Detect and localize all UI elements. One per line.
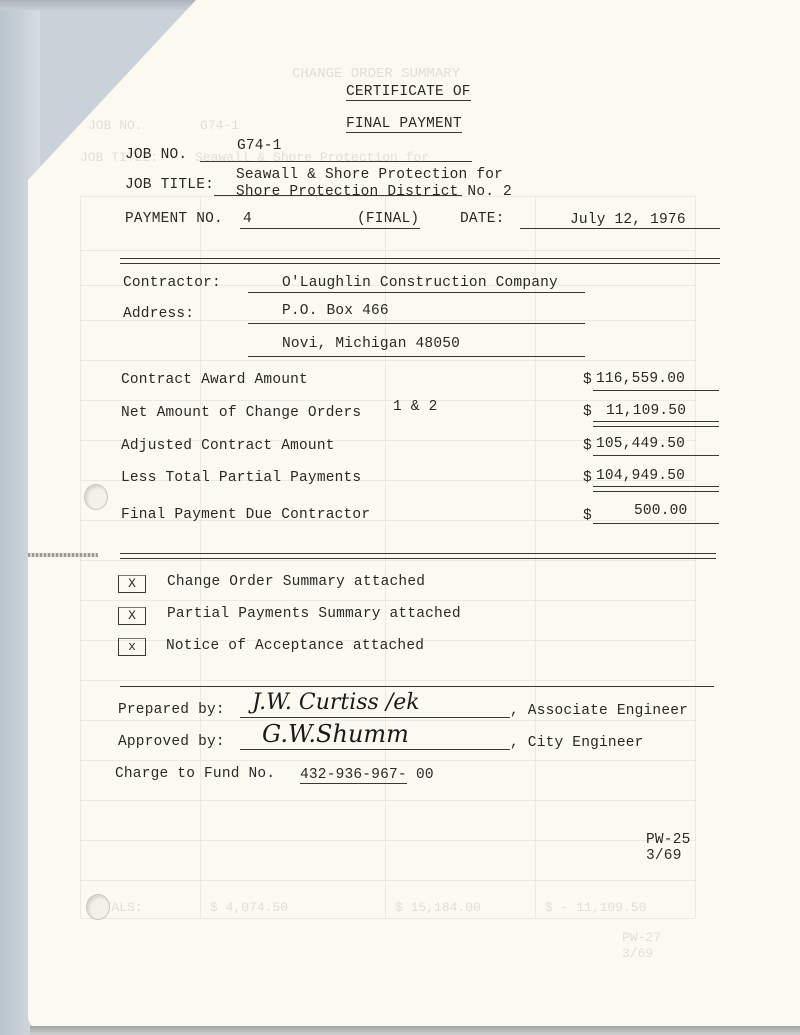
section-divider xyxy=(120,686,714,687)
attachment-checkbox[interactable]: X xyxy=(118,607,146,625)
form-date: 3/69 xyxy=(646,848,682,864)
fund-label: Charge to Fund No. xyxy=(115,766,275,782)
address-line-2: Novi, Michigan 48050 xyxy=(282,336,460,352)
attachment-checkbox[interactable]: x xyxy=(118,638,146,656)
amount-underline xyxy=(593,455,719,456)
approved-by-label: Approved by: xyxy=(118,734,225,750)
fund-value: 432-936-967- xyxy=(300,767,407,784)
amount-label: Final Payment Due Contractor xyxy=(121,507,370,523)
ghost-job-no-value: G74-1 xyxy=(200,118,239,133)
ghost-total-increase: $ 4,074.50 xyxy=(210,900,288,915)
attachment-label: Notice of Acceptance attached xyxy=(166,638,424,654)
currency-symbol: $ xyxy=(583,404,592,420)
ghost-job-title-value: Seawall & Shore Protection for xyxy=(195,150,429,165)
prepared-by-title: , Associate Engineer xyxy=(510,703,688,719)
ghost-total-decrease: $ 15,184.00 xyxy=(395,900,481,915)
address-line-1: P.O. Box 466 xyxy=(282,303,389,319)
currency-symbol: $ xyxy=(583,508,592,524)
ghost-form-no: PW-27 xyxy=(622,930,661,945)
date-value: July 12, 1976 xyxy=(570,212,686,228)
amount-value: 105,449.50 xyxy=(596,436,685,452)
amount-label: Net Amount of Change Orders xyxy=(121,405,361,421)
amount-value: 500.00 xyxy=(634,503,687,519)
amount-label: Adjusted Contract Amount xyxy=(121,438,335,454)
ghost-form-date: 3/69 xyxy=(622,946,653,961)
amount-label: Less Total Partial Payments xyxy=(121,470,361,486)
attachment-label: Change Order Summary attached xyxy=(167,574,425,590)
approved-by-title: , City Engineer xyxy=(510,735,644,751)
currency-symbol: $ xyxy=(583,470,592,486)
address-line-2-underline xyxy=(248,356,585,357)
amount-value: 11,109.50 xyxy=(606,403,686,419)
fund-value-suffix: 00 xyxy=(416,767,434,783)
scan-artifact xyxy=(28,553,98,557)
address-label: Address: xyxy=(123,306,194,322)
payment-final-note: (FINAL) xyxy=(357,211,419,227)
approved-by-underline xyxy=(240,749,510,750)
contractor-value: O'Laughlin Construction Company xyxy=(282,275,558,291)
amount-underline xyxy=(593,390,719,391)
job-title-underline xyxy=(214,195,462,196)
currency-symbol: $ xyxy=(583,372,592,388)
title-line-1: CERTIFICATE OF xyxy=(346,84,471,101)
amount-note: 1 & 2 xyxy=(393,399,438,415)
contractor-label: Contractor: xyxy=(123,275,221,291)
job-title-line-2: Shore Protection District No. 2 xyxy=(236,184,512,200)
job-no-underline xyxy=(200,161,472,162)
currency-symbol: $ xyxy=(583,438,592,454)
prepared-by-signature: J.W. Curtiss /ek xyxy=(252,690,420,715)
amount-double-underline xyxy=(593,421,719,427)
prepared-by-label: Prepared by: xyxy=(118,702,225,718)
attachment-checkbox[interactable]: X xyxy=(118,575,146,593)
payment-no-value: 4 xyxy=(243,211,252,227)
attachment-label: Partial Payments Summary attached xyxy=(167,606,461,622)
section-divider xyxy=(120,258,720,264)
amount-label: Contract Award Amount xyxy=(121,372,308,388)
page-stack-edge xyxy=(30,1026,800,1035)
prepared-by-underline xyxy=(240,717,510,718)
punch-hole xyxy=(84,484,108,510)
ghost-total-net: $ - 11,109.50 xyxy=(545,900,646,915)
amount-value: 104,949.50 xyxy=(596,468,685,484)
job-no-label: JOB NO. xyxy=(125,147,187,163)
amount-double-underline xyxy=(593,486,719,492)
payment-no-underline xyxy=(240,228,420,229)
title-line-2: FINAL PAYMENT xyxy=(346,116,462,133)
address-line-1-underline xyxy=(248,323,585,324)
payment-no-label: PAYMENT NO. xyxy=(125,211,223,227)
ghost-title: CHANGE ORDER SUMMARY xyxy=(292,66,460,82)
form-number: PW-25 xyxy=(646,832,691,848)
job-title-line-1: Seawall & Shore Protection for xyxy=(236,167,503,183)
amount-value: 116,559.00 xyxy=(596,371,685,387)
date-label: DATE: xyxy=(460,211,505,227)
job-title-label: JOB TITLE: xyxy=(125,177,214,193)
ghost-job-no-label: JOB NO. xyxy=(88,118,143,133)
punch-hole xyxy=(86,894,110,920)
job-no-value: G74-1 xyxy=(237,138,282,154)
date-underline xyxy=(520,228,720,229)
contractor-underline xyxy=(248,292,585,293)
approved-by-signature: G.W.Shumm xyxy=(262,720,409,748)
section-divider xyxy=(120,553,716,559)
amount-underline xyxy=(593,523,719,524)
